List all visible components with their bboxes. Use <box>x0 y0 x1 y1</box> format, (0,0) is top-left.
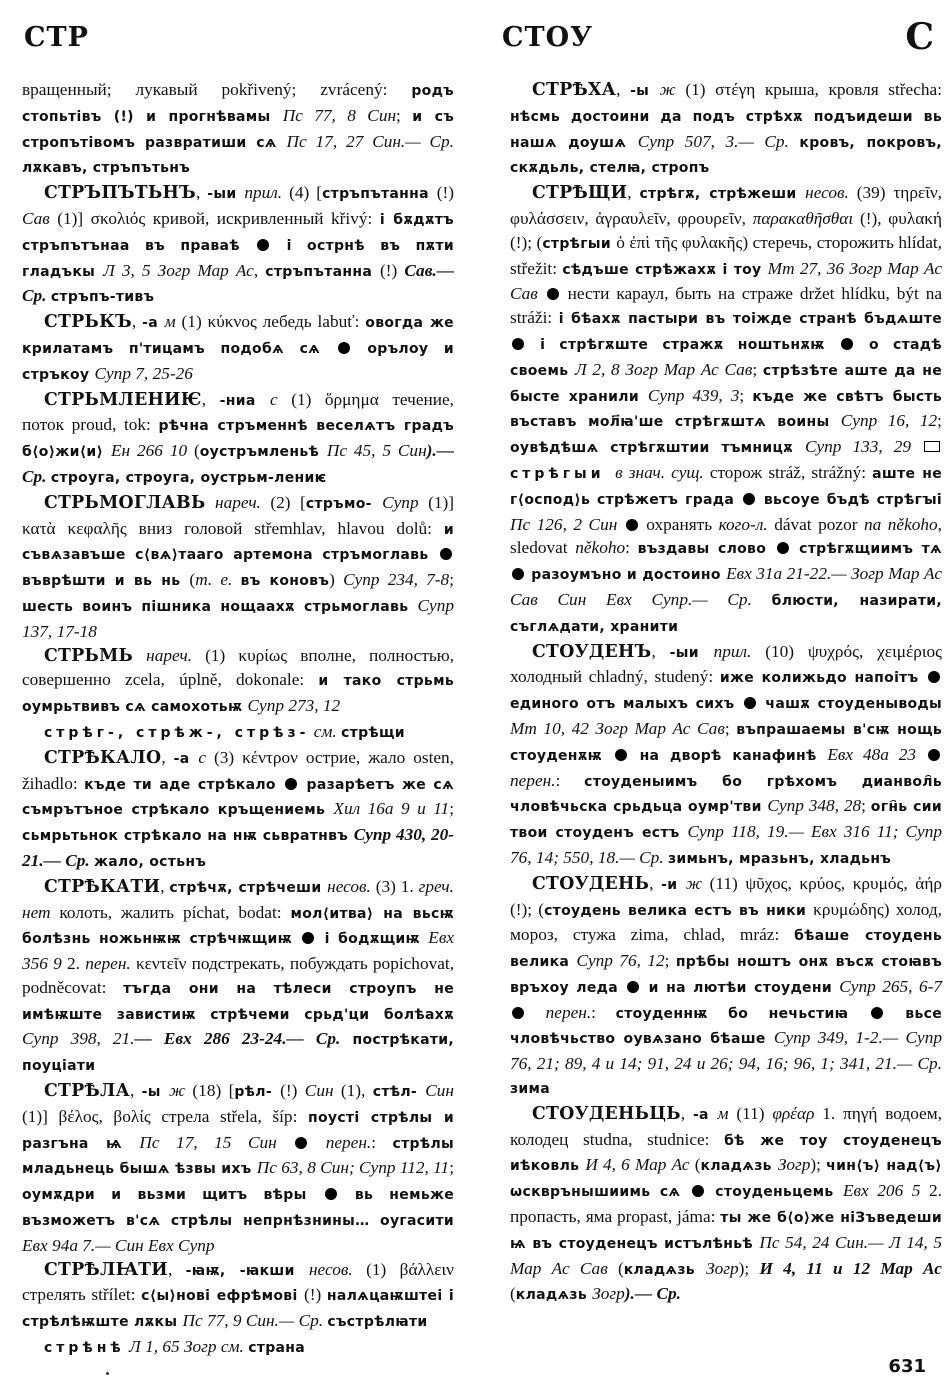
gloss-text: ; <box>937 411 942 430</box>
old-slavonic-text: стоуденнѭ бо нечьстиꙗ <box>616 1006 869 1022</box>
gloss-text: (!) <box>380 261 404 280</box>
gloss-text: : <box>591 1003 615 1022</box>
headword: СТРѢЛА <box>44 1081 130 1101</box>
cross-reference: стрѣнѣ Л 1, 65 Зогр см. страна <box>22 1335 454 1361</box>
gloss-text: , <box>161 748 173 767</box>
source-reference: перен. <box>85 954 136 973</box>
source-reference: někoho <box>575 538 625 557</box>
right-column: СТРѢХА, -ы ж (1) στέγη крыша, кровля stř… <box>510 78 942 1308</box>
source-reference: несов. <box>327 877 376 896</box>
old-slavonic-text: чашѫ стоуденыводы <box>758 696 942 712</box>
old-slavonic-text: і стрѣгѫште стражѫ ноштьнѫѭ <box>526 337 839 353</box>
gloss-text: , <box>132 312 142 331</box>
bullet-separator-icon <box>928 671 940 683</box>
box-marker-icon <box>924 441 940 452</box>
old-slavonic-text: стрѣгѫ, стрѣжеши <box>639 186 805 202</box>
old-slavonic-text: сѣдъше стрѣжахѫ і тоу <box>562 262 767 278</box>
source-reference: Ен 266 10 <box>111 441 194 460</box>
source-reference: Мт 10, 42 Зогр Мар Ас Сав <box>510 719 725 738</box>
dictionary-entry: СТРЬМЛЕНИѤ, -ниа с (1) ὅρμημα течение, п… <box>22 388 454 491</box>
source-reference: перен. <box>526 1003 591 1022</box>
spaced-form: стрѣг-, стрѣж-, стрѣз- <box>44 725 309 741</box>
source-reference: Пс 126, 2 Син <box>510 515 624 534</box>
source-reference: Супр 234, 7-8 <box>343 570 449 589</box>
bullet-separator-icon <box>512 338 524 350</box>
dictionary-entry: СТРѢХА, -ы ж (1) στέγη крыша, кровля stř… <box>510 78 942 181</box>
old-slavonic-text: оумѫдри и вьзми щитъ вѣры <box>22 1187 323 1203</box>
running-head-left: СТР <box>24 22 89 53</box>
dictionary-entry: СТРЬМЬ нареч. (1) κυρίως вполне, полност… <box>22 644 454 720</box>
headword: СТРЬКЪ <box>44 312 132 332</box>
old-slavonic-text: оустръмленьѣ <box>200 444 327 460</box>
dictionary-entry: СТРЬМОГЛАВЬ нареч. (2) [стръмо- Супр (1)… <box>22 491 454 644</box>
bullet-separator-icon <box>743 493 755 505</box>
page-number: 631 <box>888 1356 926 1377</box>
gloss-text: ; <box>861 796 871 815</box>
source-reference: Супр 133, 29 <box>805 437 922 456</box>
gloss-text: ; <box>739 386 752 405</box>
gloss-text: ; <box>665 951 676 970</box>
old-slavonic-text: стрѣгѫщиимъ тѧ <box>791 541 942 557</box>
gloss-text: , <box>681 1104 693 1123</box>
old-slavonic-text: -ы <box>630 83 660 99</box>
source-reference: ).— Ср. <box>625 1284 681 1303</box>
gloss-text: , <box>130 1081 142 1100</box>
gloss-text: ; <box>449 799 454 818</box>
gloss-text: (!) <box>304 1285 327 1304</box>
dictionary-page: СТР СТОУ С вращенный; лукавый pokřivený;… <box>0 0 950 1400</box>
headword: СТРѢЛꙖТИ <box>44 1260 168 1280</box>
old-slavonic-text: стоудень велика естъ въ ники <box>544 903 813 919</box>
gloss-text: , <box>202 390 220 409</box>
source-reference: т. е. <box>195 570 240 589</box>
old-slavonic-text: кладѧзь <box>516 1287 592 1303</box>
gloss-text: , <box>168 1260 186 1279</box>
cross-reference: стрѣг-, стрѣж-, стрѣз- см. стрѣщи <box>22 720 454 746</box>
headword: СТРѢХА <box>532 80 616 100</box>
old-slavonic-text: шесть воинъ пішника нощаахѫ стрьмоглавь <box>22 599 418 615</box>
source-reference: перен. <box>309 1133 371 1152</box>
gloss-text: ); <box>739 1259 760 1278</box>
old-slavonic-text: въ коновъ <box>241 573 330 589</box>
source-reference: Зогр <box>592 1284 625 1303</box>
gloss-text: ); <box>810 1155 826 1174</box>
old-slavonic-text: -ꙗѭ, -ꙗкши <box>186 1263 309 1279</box>
gloss-text: (1)] βέλος, βολίς стрела střela, šíp: <box>22 1107 308 1126</box>
headword: СТОУДЕНЬ <box>532 874 649 894</box>
dictionary-entry: СТРѢКАТИ, стрѣчѫ, стрѣчеши несов. (3) 1.… <box>22 875 454 1079</box>
old-slavonic-text: строуга, строуга, оустрьм-лениѥ <box>51 470 327 486</box>
bullet-separator-icon <box>841 338 853 350</box>
dictionary-entry: СТРѢЩИ, стрѣгѫ, стрѣжеши несов. (39) τηρ… <box>510 181 942 639</box>
dictionary-entry: СТРЪПЪТЬНЪ, -ыи прил. (4) [стръпътанна (… <box>22 181 454 310</box>
old-slavonic-text: -а <box>174 751 199 767</box>
gloss-text: колоть, жалить píchat, bodat: <box>59 903 290 922</box>
source-reference: нареч. <box>133 646 205 665</box>
old-slavonic-text: жало, остьнъ <box>94 854 206 870</box>
old-slavonic-text: -а <box>693 1107 718 1123</box>
old-slavonic-text: стѣл- <box>373 1084 426 1100</box>
source-reference: na někoho <box>864 515 938 534</box>
bullet-separator-icon <box>627 981 639 993</box>
source-reference: Супр 16, 12 <box>841 411 937 430</box>
source-reference: м <box>717 1104 736 1123</box>
source-reference: И 4, 6 Мар Ас <box>585 1155 694 1174</box>
dictionary-entry: СТОУДЕНЬЦЬ, -а м (11) φρέαρ 1. πηγή водо… <box>510 1102 942 1308</box>
source-reference: с <box>270 390 291 409</box>
bullet-separator-icon <box>285 778 297 790</box>
old-slavonic-text: стръмо- <box>306 496 382 512</box>
old-slavonic-text: стръпъ-тивъ <box>51 289 155 305</box>
source-reference: Супр 76, 12 <box>576 951 664 970</box>
source-reference: Пс 77, 9 Син.— Ср. <box>182 1311 327 1330</box>
print-speck <box>106 1372 109 1375</box>
old-slavonic-text: і бодѫщиѭ <box>316 931 428 947</box>
source-reference: Супр 273, 12 <box>248 696 341 715</box>
source-reference: παρακαθῆσθαι <box>753 209 860 228</box>
old-slavonic-text: въздавы слово <box>638 541 775 557</box>
source-reference: м <box>165 312 182 331</box>
old-slavonic-text: -ыи <box>207 186 244 202</box>
bullet-separator-icon <box>325 1188 337 1200</box>
bullet-separator-icon <box>512 568 524 580</box>
left-column: вращенный; лукавый pokřivený; zvrácený: … <box>22 78 454 1361</box>
old-slavonic-text: на дворѣ канафинѣ <box>629 748 828 764</box>
headword: СТРЬМОГЛАВЬ <box>44 493 206 513</box>
source-reference: Зогр <box>706 1259 739 1278</box>
source-reference: Супр 439, 3 <box>648 386 740 405</box>
old-slavonic-text: зима <box>510 1081 550 1097</box>
source-reference: ж <box>686 874 710 893</box>
old-slavonic-text: въврѣшти и вь нь <box>22 573 189 589</box>
old-slavonic-text: и на лютѣи стоудени <box>641 980 839 996</box>
old-slavonic-text: стръпътанна <box>322 186 437 202</box>
source-reference: нареч. <box>206 493 271 512</box>
gloss-text: , <box>616 80 630 99</box>
old-slavonic-text: -и <box>661 877 686 893</box>
source-reference: Л 2, 8 Зогр Мар Ас Сав <box>575 360 752 379</box>
source-reference: перен. <box>510 771 556 790</box>
old-slavonic-text: разоумъно и достоино <box>526 567 726 583</box>
source-reference: Евх 206 5 <box>843 1181 929 1200</box>
gloss-text: ; <box>449 570 454 589</box>
gloss-text: : <box>371 1133 392 1152</box>
source-reference: Пс 77, 8 Син <box>283 106 396 125</box>
bullet-separator-icon <box>338 342 350 354</box>
source-reference: с <box>198 748 214 767</box>
bullet-separator-icon <box>692 1185 704 1197</box>
section-letter: С <box>905 16 935 58</box>
headword: СТОУДЕНЬЦЬ <box>532 1104 681 1124</box>
source-reference: Супр 265, 6-7 <box>839 977 942 996</box>
gloss-text: ; <box>396 106 412 125</box>
old-slavonic-text: сьмрьтьнок стрѣкало на нѭ сьвратнвъ <box>22 828 354 844</box>
dictionary-entry: СТОУДЕНЪ, -ыи прил. (10) ψυχρός, χειμέρι… <box>510 640 942 872</box>
headword: СТРѢКАТИ <box>44 877 160 897</box>
bullet-separator-icon <box>744 697 756 709</box>
old-slavonic-text: -а <box>142 315 165 331</box>
gloss-text: dávat pozor <box>774 515 864 534</box>
source-reference: Супр 398, 21. <box>22 1029 135 1048</box>
source-reference: несов. <box>309 1260 366 1279</box>
dictionary-entry: СТРѢЛА, -ы ж (18) [рѣл- (!) Син (1), стѣ… <box>22 1079 454 1258</box>
bullet-separator-icon <box>626 519 638 531</box>
old-slavonic-text: і бѣахѫ пастыри въ тоіжде странѣ бъдѧште <box>559 311 942 327</box>
bullet-separator-icon <box>512 1007 524 1019</box>
headword: СТОУДЕНЪ <box>532 642 652 662</box>
source-reference: несов. <box>805 183 857 202</box>
bullet-separator-icon <box>295 1137 307 1149</box>
bullet-separator-icon <box>777 542 789 554</box>
gloss-text: (4) [ <box>289 183 322 202</box>
old-slavonic-text: единого отъ малыхъ сихъ <box>510 696 742 712</box>
bullet-separator-icon <box>257 239 269 251</box>
old-slavonic-text: къде ти аде стрѣкало <box>84 777 283 793</box>
source-reference: см. <box>309 722 341 741</box>
gloss-text: 2. <box>67 954 85 973</box>
source-reference: прил. <box>244 183 289 202</box>
gloss-text: : <box>625 538 637 557</box>
old-slavonic-text: -ы <box>142 1084 169 1100</box>
old-slavonic-text: оувѣдѣшѧ стрѣгѫштии тъмницѫ <box>510 440 805 456</box>
old-slavonic-text: лѫкавъ, стръпътьнъ <box>22 160 190 176</box>
gloss-text: , <box>652 642 670 661</box>
old-slavonic-text: с⟨ы⟩нові ефрѣмові <box>141 1288 304 1304</box>
source-reference: φρέαρ <box>772 1104 822 1123</box>
spaced-form: стрѣгыи <box>510 466 615 482</box>
source-reference: ж <box>660 80 686 99</box>
bullet-separator-icon <box>928 749 940 761</box>
source-reference: Пс 45, 5 Син <box>327 441 427 460</box>
old-slavonic-text: състрѣлꙗти <box>327 1314 427 1330</box>
source-reference: Зогр <box>778 1155 811 1174</box>
old-slavonic-text: стрѣщи <box>341 725 405 741</box>
source-reference: Пс 17, 15 Син <box>139 1133 293 1152</box>
dictionary-entry: СТРѢКАЛО, -а с (3) κέντρον острие, жало … <box>22 746 454 875</box>
gloss-text: (11) <box>736 1104 772 1123</box>
old-slavonic-text: стрѣчѫ, стрѣчеши <box>169 880 327 896</box>
source-reference: Супр 7, 25-26 <box>94 364 192 383</box>
gloss-text: ; <box>752 360 763 379</box>
gloss-text: , <box>196 183 207 202</box>
gloss-text: (2) [ <box>270 493 305 512</box>
old-slavonic-text: вьсоуе бъдѣ стрѣгꙑі <box>757 492 942 508</box>
gloss-text: ) <box>329 570 343 589</box>
bullet-separator-icon <box>615 749 627 761</box>
old-slavonic-text: стрѣгыи <box>542 236 616 252</box>
source-reference: Син <box>305 1081 341 1100</box>
gloss-text: (1) κύκνος лебедь labuť: <box>182 312 366 331</box>
spaced-form: стрѣнѣ <box>44 1340 125 1356</box>
old-slavonic-text: -ниа <box>220 393 270 409</box>
source-reference: Евх 48а 23 <box>827 745 926 764</box>
gloss-text: (!) <box>437 183 454 202</box>
source-reference: Л 1, 65 Зогр см. <box>125 1337 248 1356</box>
dictionary-entry: СТРЬКЪ, -а м (1) κύκνος лебедь labuť: ов… <box>22 310 454 387</box>
gloss-text: ; <box>449 1158 454 1177</box>
source-reference: Супр 348, 28 <box>767 796 861 815</box>
source-reference: в знач. сущ. <box>615 463 710 482</box>
gloss-text: , <box>254 261 265 280</box>
source-reference: — Евх 286 23-24.— Ср. <box>135 1029 353 1048</box>
source-reference: Пс 63, 8 Син; Супр 112, 11 <box>257 1158 449 1177</box>
gloss-text: , <box>627 183 639 202</box>
gloss-text: охранять <box>640 515 719 534</box>
source-reference: Евх 94а 7.— Син Евх Супр <box>22 1236 215 1255</box>
running-head-right: СТОУ <box>502 22 593 53</box>
source-reference: прил. <box>714 642 766 661</box>
gloss-text: (!) <box>280 1081 305 1100</box>
source-reference: кого-л. <box>719 515 775 534</box>
old-slavonic-text: иже колижьдо напоітъ <box>720 670 926 686</box>
gloss-text: (18) [ <box>192 1081 234 1100</box>
old-slavonic-text: страна <box>248 1340 305 1356</box>
source-reference: Сав <box>22 209 57 228</box>
old-slavonic-text: стръпътанна <box>265 264 380 280</box>
source-reference: Супр 507, 3.— Ср. <box>638 132 800 151</box>
old-slavonic-text: кладѧзь <box>624 1262 706 1278</box>
source-reference: Супр <box>382 493 428 512</box>
headword: СТРѢКАЛО <box>44 748 161 768</box>
gloss-text: : <box>556 771 585 790</box>
gloss-text: вращенный; лукавый pokřivený; zvrácený: <box>22 80 411 99</box>
old-slavonic-text: кладѧзь <box>701 1158 778 1174</box>
gloss-text: (1)] σκολιός кривой, искривленный křivý: <box>57 209 380 228</box>
source-reference: Л 3, 5 Зогр Мар Ас <box>103 261 254 280</box>
gloss-text: (1) στέγη крыша, кровля střecha: <box>685 80 942 99</box>
gloss-text: (1), <box>341 1081 373 1100</box>
headword: СТРѢЩИ <box>532 183 627 203</box>
source-reference: Син <box>425 1081 454 1100</box>
old-slavonic-text: рѣл- <box>234 1084 280 1100</box>
source-reference: И 4, 11 и 12 Мар Ас <box>759 1259 942 1278</box>
bullet-separator-icon <box>547 288 559 300</box>
old-slavonic-text: зимьнъ, мразьнъ, хладьнъ <box>668 851 891 867</box>
gloss-text: , <box>649 874 661 893</box>
source-reference: Пс 17, 27 Син.— Ср. <box>287 132 455 151</box>
dictionary-entry: СТОУДЕНЬ, -и ж (11) ψῦχος, κρύος, κρυμός… <box>510 872 942 1102</box>
gloss-text: сторож stráž, strážný: <box>710 463 872 482</box>
gloss-text: (3) 1. <box>376 877 419 896</box>
source-reference: ж <box>169 1081 192 1100</box>
bullet-separator-icon <box>871 1007 883 1019</box>
headword: СТРЪПЪТЬНЪ <box>44 183 196 203</box>
dictionary-entry: СТРѢЛꙖТИ, -ꙗѭ, -ꙗкши несов. (1) βάλλειν … <box>22 1258 454 1335</box>
old-slavonic-text: стоуденьцемь <box>706 1184 843 1200</box>
headword: СТРЬМЬ <box>44 646 133 666</box>
source-reference: Хил 16а 9 и 11 <box>333 799 449 818</box>
entry-continuation: вращенный; лукавый pokřivený; zvrácený: … <box>22 78 454 181</box>
gloss-text: ; <box>725 719 736 738</box>
headword: СТРЬМЛЕНИѤ <box>44 390 202 410</box>
old-slavonic-text: -ыи <box>670 645 714 661</box>
bullet-separator-icon <box>440 548 452 560</box>
bullet-separator-icon <box>302 932 314 944</box>
